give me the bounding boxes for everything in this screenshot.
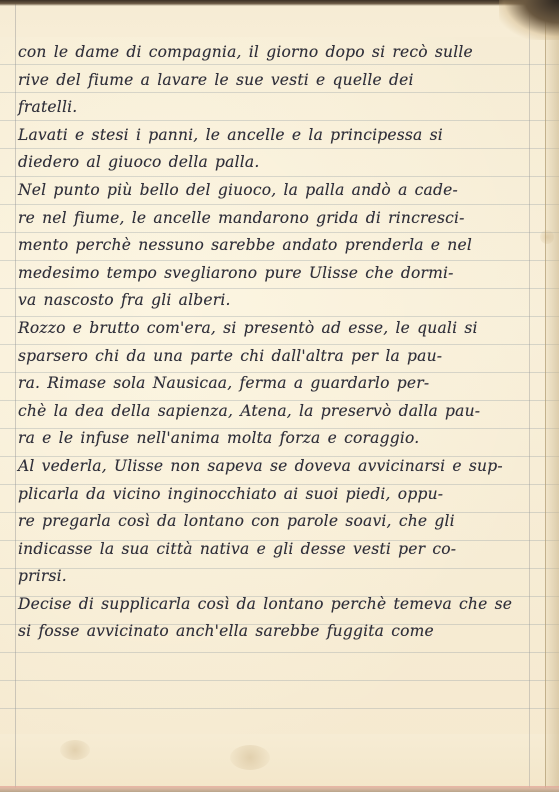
notebook-page: con le dame di compagnia, il giorno dopo… xyxy=(0,0,559,792)
paper-stain xyxy=(60,740,90,760)
handwritten-text: con le dame di compagnia, il giorno dopo… xyxy=(18,39,518,646)
text-line: ra e le infuse nell'anima molta forza e … xyxy=(18,425,518,453)
text-line: fratelli. xyxy=(18,94,518,122)
text-line: si fosse avvicinato anch'ella sarebbe fu… xyxy=(18,618,518,646)
left-margin-line xyxy=(15,0,16,792)
text-line: re pregarla così da lontano con parole s… xyxy=(18,508,518,536)
paper-stain xyxy=(540,230,554,244)
top-scan-edge xyxy=(0,0,559,6)
text-line: va nascosto fra gli alberi. xyxy=(18,287,518,315)
text-line: ra. Rimase sola Nausicaa, ferma a guarda… xyxy=(18,370,518,398)
text-line: re nel fiume, le ancelle mandarono grida… xyxy=(18,205,518,233)
text-line: chè la dea della sapienza, Atena, la pre… xyxy=(18,398,518,426)
text-line: Lavati e stesi i panni, le ancelle e la … xyxy=(18,122,518,150)
text-line: sparsero chi da una parte chi dall'altra… xyxy=(18,343,518,371)
text-line: prirsi. xyxy=(18,563,518,591)
text-line: medesimo tempo svegliarono pure Ulisse c… xyxy=(18,260,518,288)
text-line: mento perchè nessuno sarebbe andato pren… xyxy=(18,232,518,260)
text-line: indicasse la sua città nativa e gli dess… xyxy=(18,536,518,564)
text-line: diedero al giuoco della palla. xyxy=(18,149,518,177)
text-line: Al vederla, Ulisse non sapeva se doveva … xyxy=(18,453,518,481)
text-line: Decise di supplicarla così da lontano pe… xyxy=(18,591,518,619)
right-margin-line xyxy=(529,0,530,792)
text-line: con le dame di compagnia, il giorno dopo… xyxy=(18,39,518,67)
text-line: rive del fiume a lavare le sue vesti e q… xyxy=(18,67,518,95)
text-line: plicarla da vicino inginocchiato ai suoi… xyxy=(18,481,518,509)
text-line: Nel punto più bello del giuoco, la palla… xyxy=(18,177,518,205)
page-binding-edge xyxy=(545,0,559,792)
paper-stain xyxy=(230,745,270,770)
text-line: Rozzo e brutto com'era, si presentò ad e… xyxy=(18,315,518,343)
corner-stain xyxy=(499,0,559,40)
bottom-page-edge xyxy=(0,786,559,792)
